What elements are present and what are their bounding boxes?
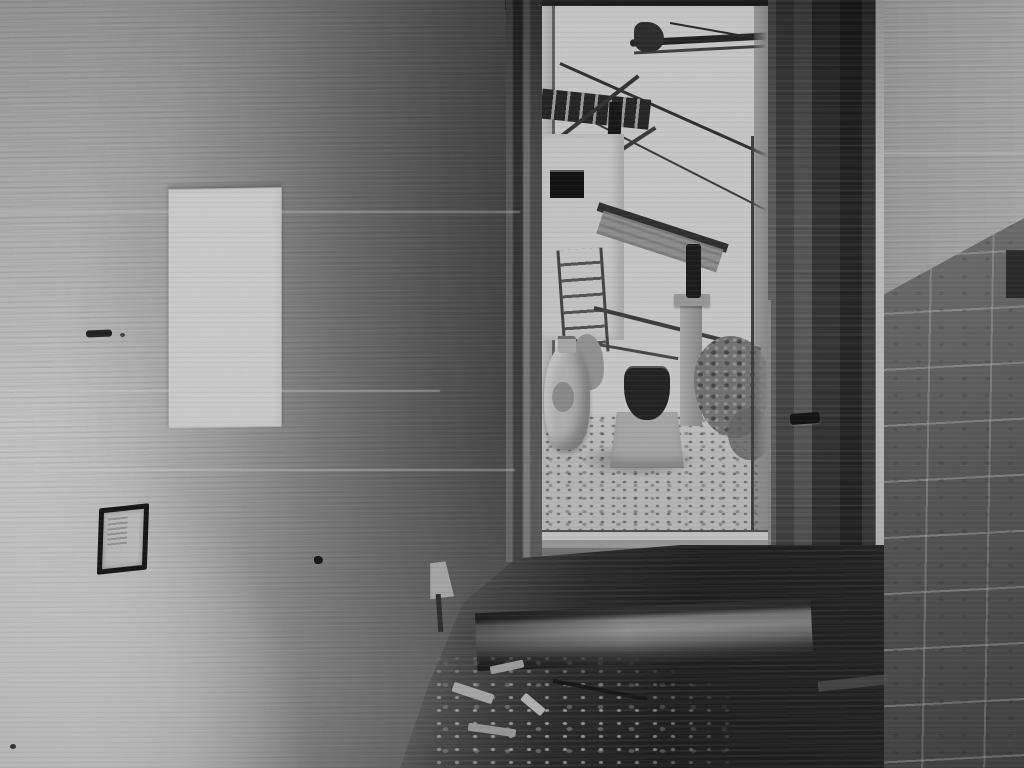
- door-handle: [790, 412, 821, 425]
- scan-streak: [0, 390, 440, 392]
- plinth: [610, 412, 684, 468]
- white-panel: [168, 187, 282, 429]
- wall-speck: [10, 744, 16, 749]
- doorway-opening: [542, 6, 768, 558]
- right-wall-tiles: [884, 200, 1024, 768]
- pedestal-dark-object: [686, 244, 701, 298]
- amphora-neck: [558, 336, 576, 353]
- wall-corner-glow: [0, 422, 314, 768]
- ink-dash-mark: [86, 330, 112, 338]
- scan-streak: [0, 211, 520, 213]
- dark-notch: [1006, 250, 1024, 298]
- light-switch: [97, 503, 149, 575]
- photograph: [0, 0, 1024, 768]
- scan-streak: [884, 152, 1024, 154]
- pergola-fragment: [634, 22, 664, 52]
- inner-jamb-right: [754, 6, 768, 558]
- jamb-shadow-line: [751, 136, 754, 556]
- light-switch-plate: [107, 516, 128, 548]
- dark-pot: [624, 366, 670, 420]
- floor-debris: [430, 652, 740, 768]
- ink-dot-mark: [120, 333, 125, 337]
- amphora-shading: [552, 382, 574, 412]
- frame-shading: [506, 0, 542, 562]
- tile-mottle: [884, 200, 1024, 768]
- amphora-vase: [544, 344, 590, 450]
- floor-speck: [314, 556, 323, 564]
- dark-window: [550, 170, 584, 198]
- door-frame-left: [506, 0, 542, 562]
- scan-streak: [0, 469, 515, 471]
